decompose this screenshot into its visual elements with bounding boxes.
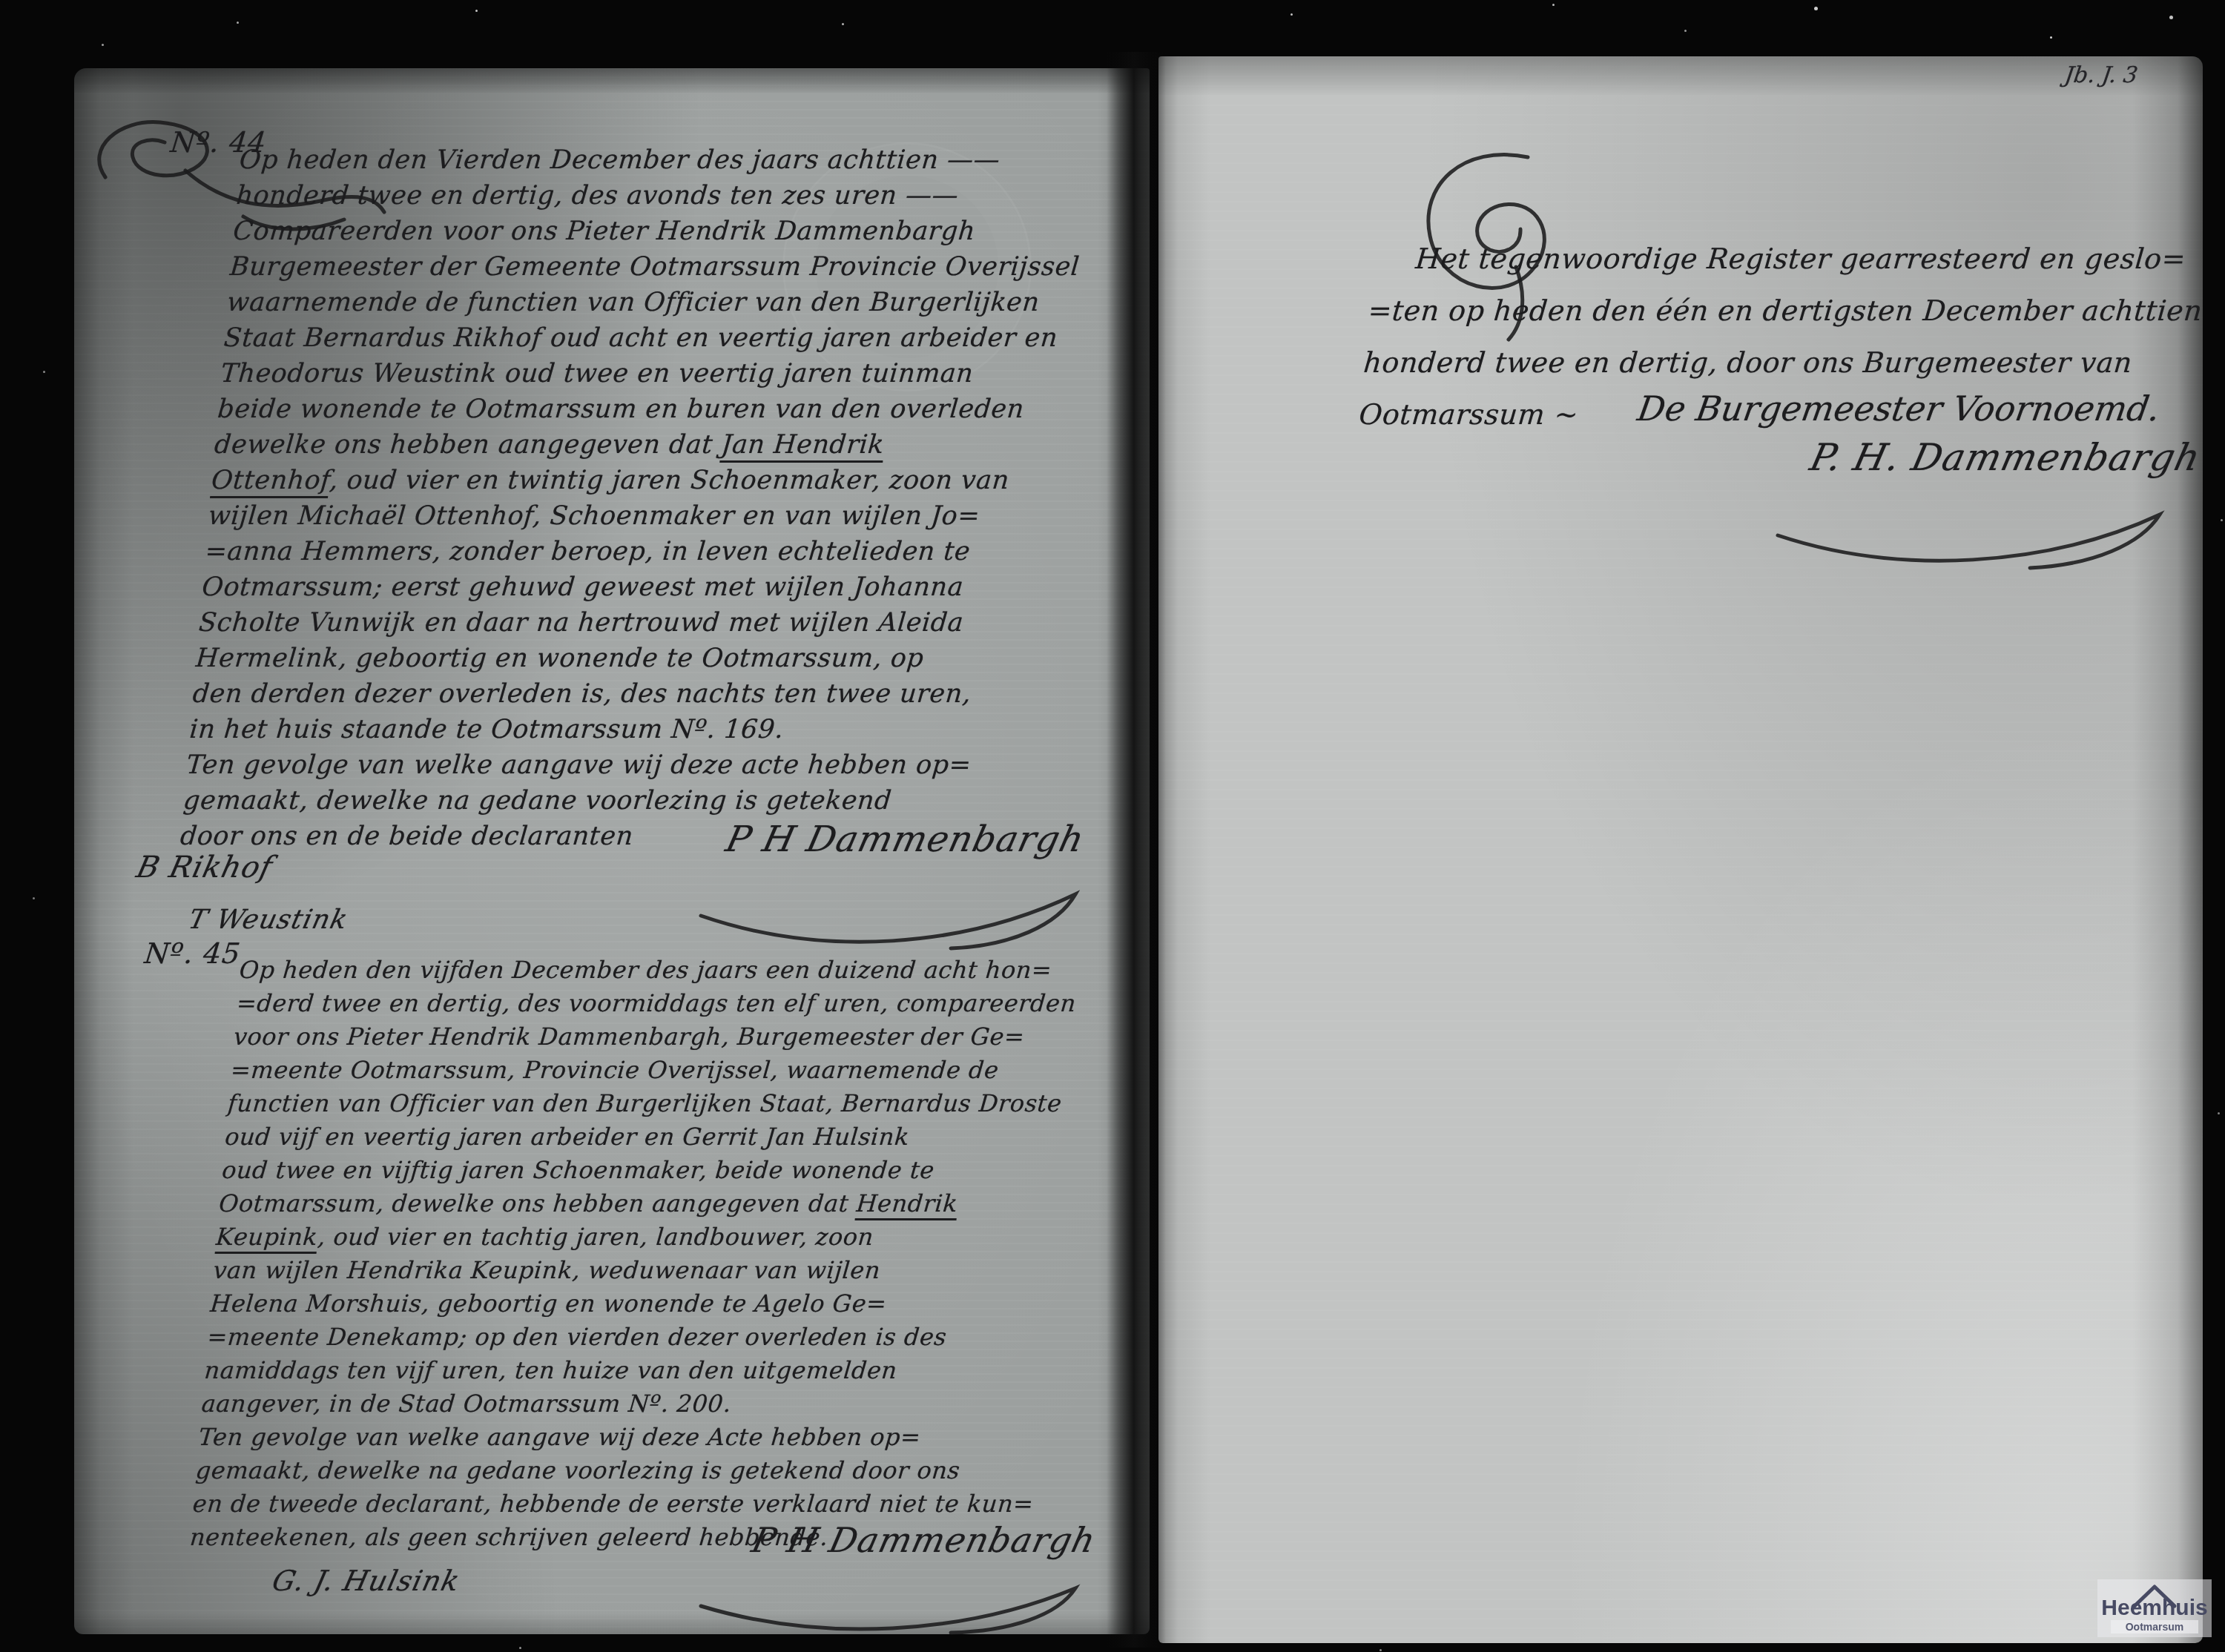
text-line: wijlen Michaël Ottenhof, Schoenmaker en …	[207, 498, 1111, 534]
text-line: Staat Bernardus Rikhof oud acht en veert…	[222, 320, 1127, 356]
entry-45-text: Op heden den vijfden December des jaars …	[188, 954, 1150, 1554]
text-line: oud twee en vijftig jaren Schoenmaker, b…	[220, 1154, 1132, 1187]
watermark-place-strip: Ootmarsum	[2111, 1620, 2198, 1633]
text-line: =meente Ootmarssum, Provincie Overijssel…	[229, 1054, 1141, 1087]
text-line: Theodorus Weustink oud twee en veertig j…	[220, 356, 1124, 391]
text-line: =meente Denekamp; op den vierden dezer o…	[206, 1321, 1118, 1354]
text-line: honderd twee en dertig, des avonds ten z…	[235, 178, 1139, 214]
text-line: van wijlen Hendrika Keupink, weduwenaar …	[212, 1254, 1124, 1287]
text-line: Keupink, oud vier en tachtig jaren, land…	[215, 1220, 1127, 1254]
signature-officer-dammenbargh-2: P H Dammenbargh	[748, 1520, 1100, 1560]
text-line: oud vijf en veertig jaren arbeider en Ge…	[223, 1120, 1135, 1154]
text-segment: Ootmarssum, dewelke ons hebben aangegeve…	[218, 1189, 858, 1217]
page-right: Jb. J. 3 Het tegenwoordige Register gear…	[1158, 56, 2203, 1643]
text-line: Ootmarssum; eerst gehuwd geweest met wij…	[200, 569, 1104, 605]
text-line: =anna Hemmers, zonder beroep, in leven e…	[204, 534, 1108, 569]
text-line: waarnemende de functien van Officier van…	[225, 285, 1130, 320]
text-line: Ten gevolge van welke aangave wij deze a…	[185, 747, 1089, 783]
text-line: en de tweede declarant, hebbende de eers…	[191, 1487, 1103, 1521]
text-segment: dewelke ons hebben aangegeven dat	[214, 430, 723, 460]
text-line: =derd twee en dertig, des voormiddags te…	[235, 987, 1147, 1020]
text-segment: , oud vier en tachtig jaren, landbouwer,…	[317, 1223, 875, 1251]
signature-declarant-hulsink: G. J. Hulsink	[269, 1565, 464, 1597]
text-line: den derden dezer overleden is, des nacht…	[191, 676, 1095, 712]
signoff-line: De Burgemeester Voornoemd.	[1630, 389, 2163, 429]
text-line: Ootmarssum, dewelke ons hebben aangegeve…	[218, 1187, 1130, 1220]
text-line: Ottenhof, oud vier en twintig jaren Scho…	[210, 463, 1114, 498]
text-line: in het huis staande te Ootmarssum Nº. 16…	[188, 712, 1092, 747]
watermark-name: Heemhuis	[2101, 1599, 2207, 1618]
text-line: gemaakt, dewelke na gedane voorlezing is…	[194, 1454, 1106, 1487]
text-line: aangever, in de Stad Ootmarssum Nº. 200.	[200, 1387, 1112, 1421]
text-line: functien van Officier van den Burgerlijk…	[226, 1087, 1138, 1120]
signature-officer-dammenbargh: P H Dammenbargh	[722, 819, 1089, 860]
signature-declarant-weustink: T Weustink	[185, 905, 351, 935]
signature-flourish	[1767, 498, 2182, 580]
underlined-name: Ottenhof	[210, 466, 331, 498]
text-line: gemaakt, dewelke na gedane voorlezing is…	[182, 783, 1086, 819]
text-segment: , oud vier en twintig jaren Schoenmaker,…	[329, 466, 1011, 495]
text-line: Hermelink, geboortig en wonende te Ootma…	[194, 641, 1098, 676]
page-left: Nº. 44 Op heden den Vierden December des…	[74, 68, 1150, 1634]
text-line: Op heden den vijfden December des jaars …	[238, 954, 1150, 987]
signature-flourish	[690, 875, 1105, 964]
dust-specks	[0, 0, 2, 2]
underlined-name: Keupink	[215, 1223, 319, 1254]
entry-44-text: Op heden den Vierden December des jaars …	[179, 142, 1142, 854]
text-line: Het tegenwoordige Register gearresteerd …	[1371, 233, 2183, 285]
underlined-name: Jan Hendrik	[720, 430, 886, 463]
signature-declarant-rikhof: B Rikhof	[133, 850, 277, 885]
text-line: voor ons Pieter Hendrik Dammenbargh, Bur…	[232, 1020, 1144, 1054]
entry-45-number: Nº. 45	[143, 937, 243, 970]
text-line: dewelke ons hebben aangegeven dat Jan He…	[213, 427, 1117, 463]
scanned-register-spread: { "colors": { "background": "#060606", "…	[0, 0, 2225, 1652]
text-line: =ten op heden den één en dertigsten Dece…	[1366, 285, 2179, 337]
text-line: honderd twee en dertig, door ons Burgeme…	[1362, 337, 2175, 389]
watermark-place: Ootmarsum	[2111, 1620, 2198, 1633]
text-line: Helena Morshuis, geboortig en wonende te…	[209, 1287, 1121, 1321]
signature-officer-dammenbargh-closing: P. H. Dammenbargh	[1806, 436, 2205, 479]
watermark: Heemhuis Ootmarsum	[2097, 1579, 2212, 1637]
text-line: Scholte Vunwijk en daar na hertrouwd met…	[197, 605, 1101, 641]
text-line: Op heden den Vierden December des jaars …	[238, 142, 1142, 178]
text-line: namiddags ten vijf uren, ten huize van d…	[203, 1354, 1115, 1387]
text-line: beide wonende te Ootmarssum en buren van…	[216, 391, 1120, 427]
folio-corner-mark: Jb. J. 3	[2063, 62, 2139, 88]
binding-gutter	[1107, 52, 1166, 1648]
signature-flourish	[690, 1575, 1105, 1638]
underlined-name: Hendrik	[855, 1189, 959, 1220]
text-line: Ten gevolge van welke aangave wij deze A…	[197, 1421, 1109, 1454]
text-line: Burgemeester der Gemeente Ootmarssum Pro…	[228, 249, 1133, 285]
text-line: Compareerden voor ons Pieter Hendrik Dam…	[231, 214, 1135, 249]
